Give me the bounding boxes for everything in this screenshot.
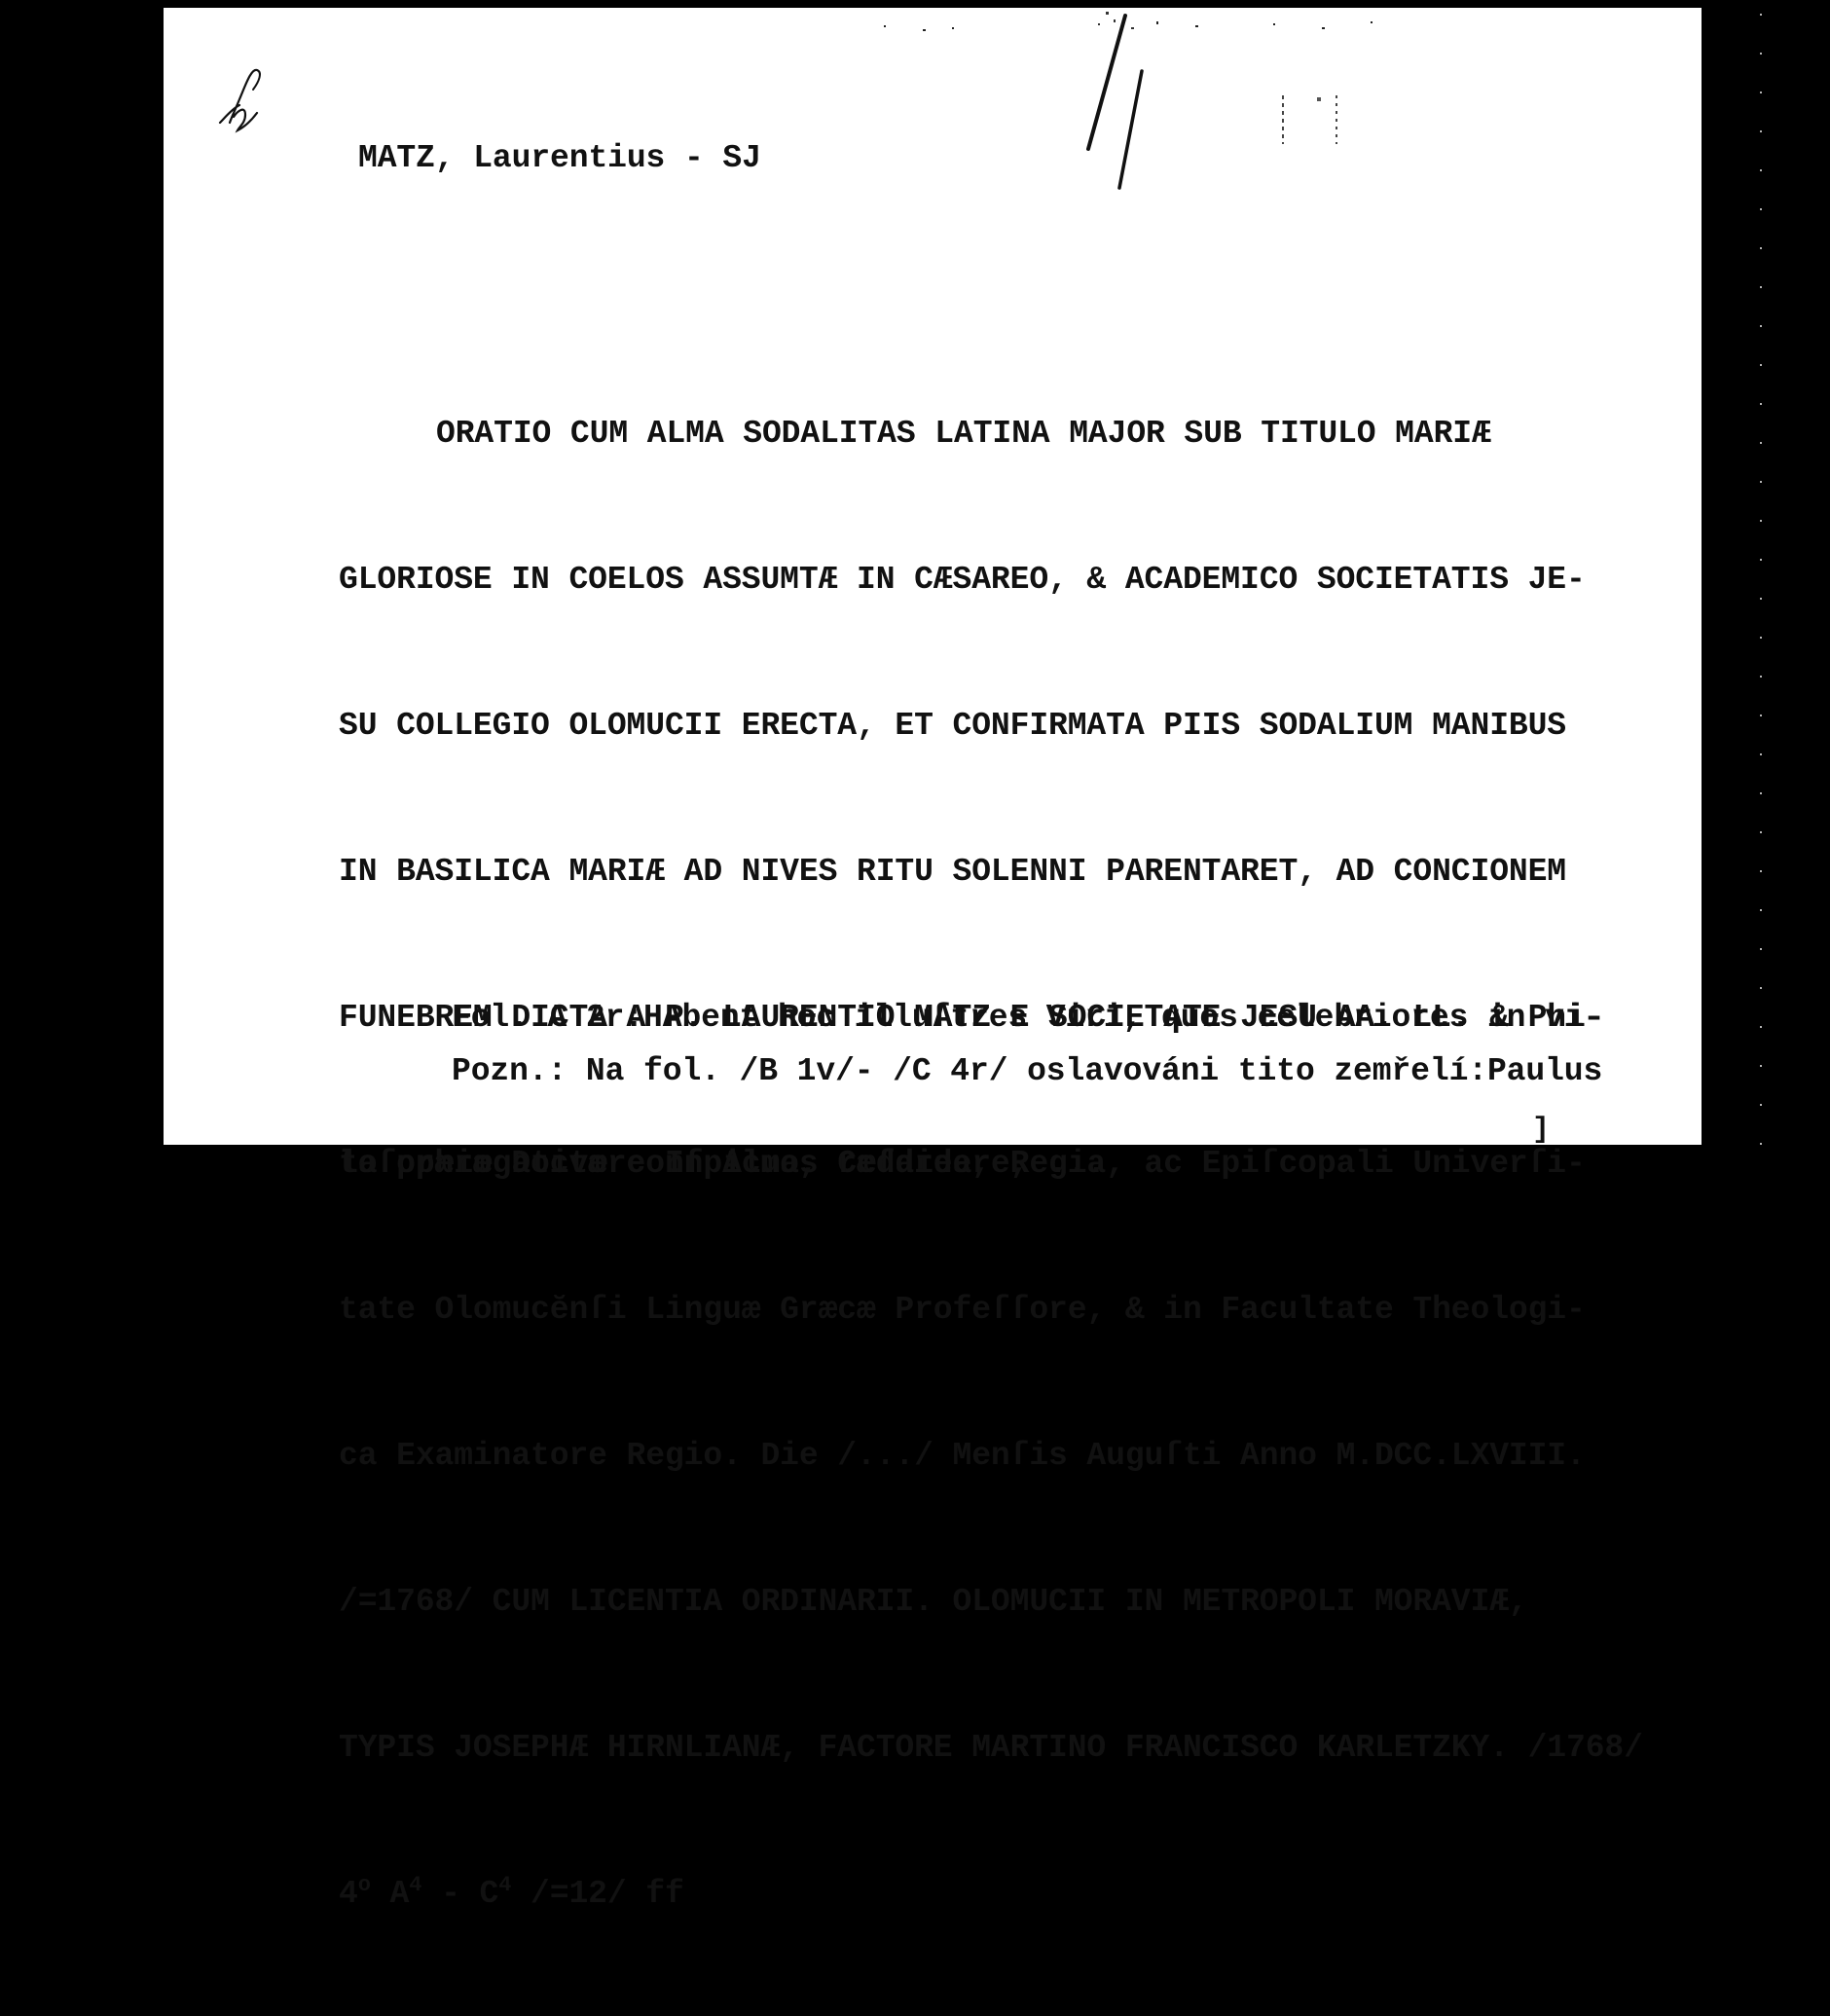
scan-border-right (1702, 0, 1830, 1168)
incipit-line: ta prærogativæ conſpicuos reddidere, ... (339, 1140, 1602, 1168)
description-line: SU COLLEGIO OLOMUCII ERECTA, ET CONFIRMA… (339, 702, 1643, 751)
card-heading-author: MATZ, Laurentius - SJ (358, 134, 761, 183)
description-line: ORATIO CUM ALMA SODALITAS LATINA MAJOR S… (339, 410, 1643, 458)
faint-pencil-mark-icon (1263, 76, 1351, 154)
description-line: IN BASILICA MARIÆ AD NIVES RITU SOLENNI … (339, 848, 1643, 897)
corner-mark: ] (1532, 1106, 1550, 1155)
catalog-card: MATZ, Laurentius - SJ ORATIO CUM ALMA SO… (164, 8, 1702, 1145)
scan-artifact (1760, 0, 1762, 1168)
note-line: Pozn.: Na fol. /B 1v/- /C 4r/ oslavováni… (452, 1047, 1602, 1096)
description-line: GLORIOSE IN COELOS ASSUMTÆ IN CÆSAREO, &… (339, 556, 1643, 605)
handwritten-initial-icon (210, 66, 278, 144)
incipit: Fol. A 2r:HAbent hoc illuſtres Viri, quo… (339, 897, 1602, 1168)
double-slash-mark-icon (1030, 8, 1147, 193)
incipit-line: Fol. A 2r:HAbent hoc illuſtres Viri, quo… (339, 994, 1602, 1043)
